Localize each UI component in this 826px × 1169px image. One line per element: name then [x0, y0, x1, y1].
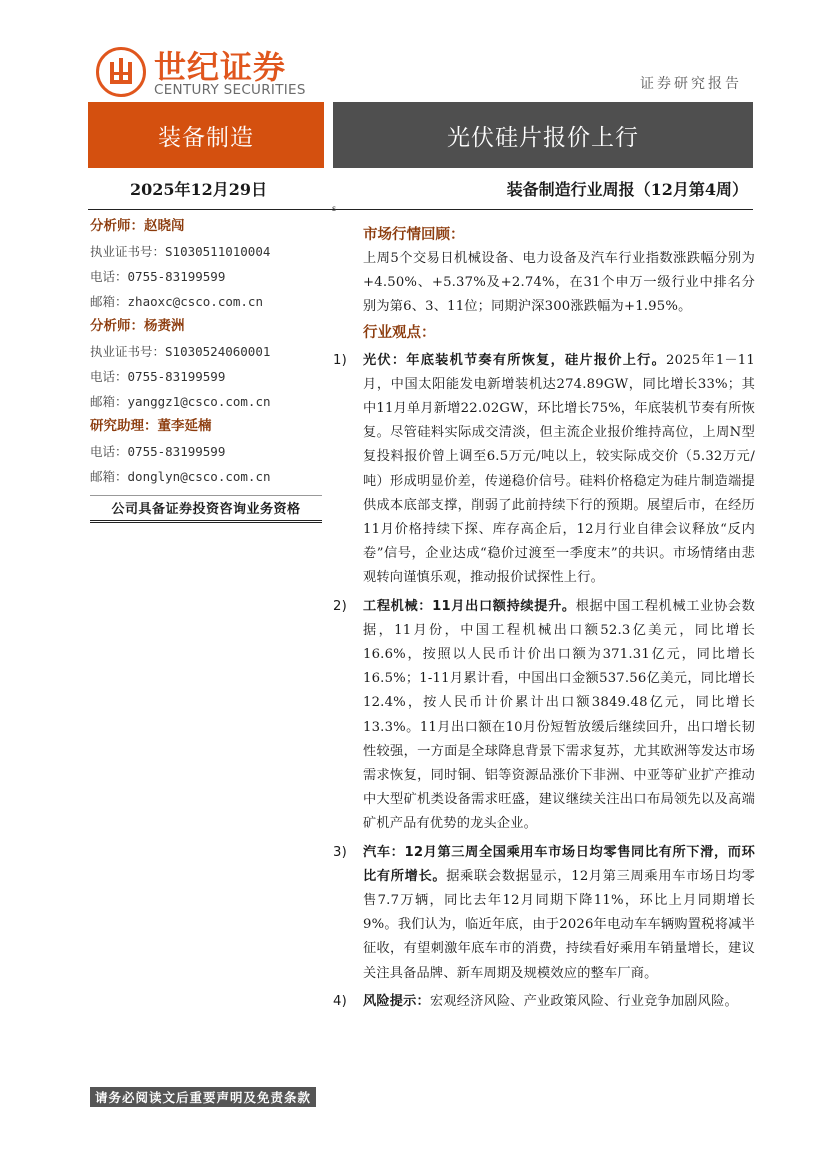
- assistant-phone: 电话：0755-83199599: [90, 439, 322, 464]
- industry-views-title: 行业观点：: [363, 320, 755, 345]
- logo-english-name: CENTURY SECURITIES: [154, 82, 306, 98]
- item-number: 2): [333, 595, 347, 619]
- company-logo: 世纪证券 CENTURY SECURITIES: [96, 44, 316, 104]
- qualification-note: 公司具备证券投资咨询业务资格: [90, 495, 322, 523]
- view-item: 2) 工程机械：11月出口额持续提升。根据中国工程机械工业协会数据，11月份，中…: [363, 595, 755, 837]
- report-headline: 光伏硅片报价上行: [447, 119, 639, 152]
- divider-mark: s: [332, 204, 336, 213]
- market-review-title: 市场行情回顾：: [363, 222, 755, 247]
- analyst-phone: 电话：0755-83199599: [90, 264, 322, 289]
- item-number: 1): [333, 349, 347, 373]
- headline-banner: 光伏硅片报价上行: [333, 102, 753, 168]
- item-heading: 光伏：年底装机节奏有所恢复，硅片报价上行。: [363, 353, 666, 368]
- view-item: 4) 风险提示：宏观经济风险、产业政策风险、行业竞争加剧风险。: [363, 990, 755, 1014]
- view-item: 1) 光伏：年底装机节奏有所恢复，硅片报价上行。2025年1－11月，中国太阳能…: [363, 349, 755, 591]
- report-type-label: 证券研究报告: [640, 73, 742, 93]
- assistant-card: 研究助理：董李延楠 电话：0755-83199599 邮箱：donglyn@cs…: [90, 414, 322, 489]
- analyst-email: 邮箱：yanggz1@csco.com.cn: [90, 389, 322, 414]
- item-text: 据乘联会数据显示，12月第三周乘用车市场日均零售7.7万辆，同比去年12月同期下…: [363, 869, 755, 981]
- email-link[interactable]: donglyn@csco.com.cn: [128, 469, 271, 484]
- disclaimer-bar: 请务必阅读文后重要声明及免责条款: [90, 1087, 316, 1107]
- analyst-license: 执业证书号：S1030511010004: [90, 239, 322, 264]
- analyst-name: 分析师：杨赉洲: [90, 314, 322, 339]
- report-body: 市场行情回顾： 上周5个交易日机械设备、电力设备及汽车行业指数涨跌幅分别为+4.…: [363, 222, 755, 1014]
- item-heading: 风险提示：: [363, 994, 430, 1009]
- item-text: 宏观经济风险、产业政策风险、行业竞争加剧风险。: [430, 994, 738, 1009]
- sector-name: 装备制造: [158, 119, 254, 152]
- item-heading: 工程机械：11月出口额持续提升。: [363, 599, 576, 614]
- item-text: 2025年1－11月，中国太阳能发电新增装机达274.89GW，同比增长33%；…: [363, 353, 755, 586]
- analyst-sidebar: 分析师：赵晓闯 执业证书号：S1030511010004 电话：0755-831…: [90, 214, 322, 523]
- assistant-name: 研究助理：董李延楠: [90, 414, 322, 439]
- sector-banner: 装备制造: [88, 102, 324, 168]
- item-number: 4): [333, 990, 347, 1014]
- analyst-card: 分析师：赵晓闯 执业证书号：S1030511010004 电话：0755-831…: [90, 214, 322, 314]
- analyst-card: 分析师：杨赉洲 执业证书号：S1030524060001 电话：0755-831…: [90, 314, 322, 414]
- view-item: 3) 汽车：12月第三周全国乘用车市场日均零售同比有所下滑，而环比有所增长。据乘…: [363, 841, 755, 986]
- item-text: 根据中国工程机械工业协会数据，11月份，中国工程机械出口额52.3亿美元，同比增…: [363, 599, 755, 832]
- market-review-text: 上周5个交易日机械设备、电力设备及汽车行业指数涨跌幅分别为+4.50%、+5.3…: [363, 247, 755, 320]
- logo-emblem-icon: [96, 47, 146, 97]
- item-number: 3): [333, 841, 347, 865]
- analyst-license: 执业证书号：S1030524060001: [90, 339, 322, 364]
- analyst-name: 分析师：赵晓闯: [90, 214, 322, 239]
- email-link[interactable]: yanggz1@csco.com.cn: [128, 394, 271, 409]
- analyst-phone: 电话：0755-83199599: [90, 364, 322, 389]
- header-divider: [88, 209, 753, 210]
- email-link[interactable]: zhaoxc@csco.com.cn: [128, 294, 263, 309]
- report-subtitle: 装备制造行业周报（12月第4周）: [507, 177, 748, 200]
- report-date: 2025年12月29日: [130, 177, 267, 200]
- assistant-email: 邮箱：donglyn@csco.com.cn: [90, 464, 322, 489]
- report-page: 世纪证券 CENTURY SECURITIES 证券研究报告 装备制造 光伏硅片…: [0, 0, 826, 1169]
- analyst-email: 邮箱：zhaoxc@csco.com.cn: [90, 289, 322, 314]
